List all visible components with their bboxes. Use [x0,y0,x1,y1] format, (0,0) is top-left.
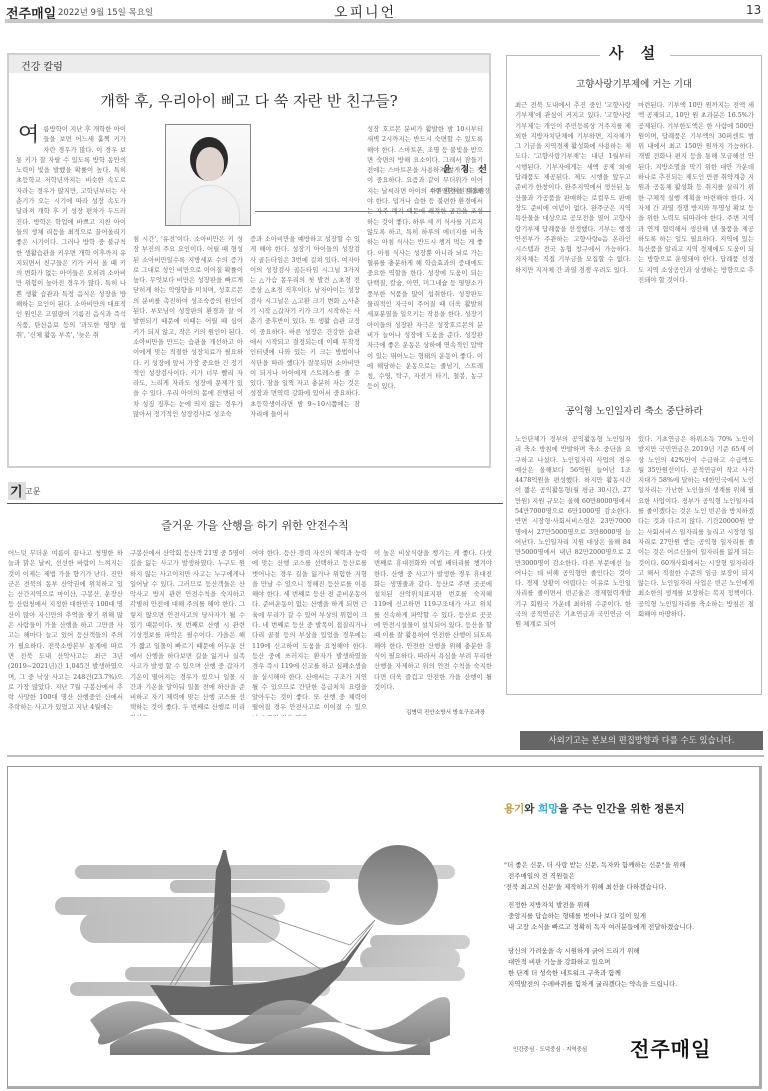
editorial-label: 사 설 [600,42,670,63]
author-photo [165,124,251,226]
photo-face [196,147,224,181]
guest-column-category-sub: 고문 [25,486,40,497]
photo-body [180,185,240,226]
editorial-2-text-2: 있다. 기초연금은 하위소득 70% 노인이 받지만 국민연금은 2019년 기… [638,434,754,690]
dropcap: 여 [18,124,39,146]
disclaimer-banner: 사외기고는 본보의 편집방향과 다를 수도 있습니다. [520,731,763,750]
ad-paragraph-3: 당신의 가려움을 속 시원하게 긁어 드리기 위해 대안적 비판 기능을 강화하… [508,946,677,990]
editorial-2-text-1: 노인단체가 정부의 공익활동형 노인일자리 축소 방침에 반발하며 축소 중단을… [515,434,631,690]
guest-column-category-main: 기 [10,481,23,500]
page-header: 전주매일 2022년 9월 15일 목요일 오피니언 13 [0,0,768,26]
health-column-text-2: 침 시간', '유전'이다. 소아비만은 키 성장 부진의 주요 요인이다. 어… [133,234,243,464]
editorial-title-2: 공익형 노인일자리 축소 중단하라 [506,403,762,417]
ad-slogan-hope: 희망 [538,803,558,815]
ad-motto: 인간중심 · 도덕중심 · 지역중심 [513,1045,587,1053]
editorial-title-1: 고향사랑기부제에 거는 기대 [506,76,762,90]
ad-paragraph-1: "더 좋은 신문, 더 사랑 받는 신문, 독자와 함께하는 신문"을 위해 전… [504,860,685,893]
health-column-text-3: 증과 소아비만을 예방하고 성장할 수 있게 해야 한다. 성장기 아이들의 성… [250,234,360,464]
ad-paragraph-2: 진정한 지방자치 발전을 위해 중앙지를 답습하는 형태를 벗어나 보다 깊이 … [508,900,694,933]
page-number: 13 [746,3,761,17]
editorial-1-text-1: 최근 전북 도내에서 추진 중인 '고향사랑기부제'에 관심이 커지고 있다. … [515,100,631,390]
health-column-category: 건강 칼럼 [21,58,63,73]
ship-illustration [30,805,480,1055]
guest-column-text-4: 이 높은 비상식량을 챙기는 게 좋다. 다섯 번째로 휴대전화와 여벌 배터리… [374,548,492,706]
section-divider [7,755,764,757]
health-column-text-4: 성장 호르몬 분비가 활발한 밤 10시부터 새벽 2시까지는 반드시 숙면할 … [367,124,483,464]
health-column-category-bar: 건강 칼럼 [9,55,489,73]
editorial-1-text-2: 마련된다. 기부액 10만 원까지는 전액 세액 공제되고, 10만 원 초과분… [638,100,754,390]
ad-slogan-courage: 용기 [504,803,524,815]
guest-column-text-2: 구봉산에서 산악회 등산객 21명 중 5명이 길을 잃는 사고가 발생하였다.… [130,548,245,716]
health-column-text-1: 여 름방학이 지난 후 개학한 아이들을 보면 어느새 훌쩍 키가 자란 경우가… [16,124,126,464]
guest-column-title: 즐거운 가을 산행을 하기 위한 안전수칙 [7,517,503,533]
health-column-title: 개학 후, 우리아이 삐고 다 쑥 자란 반 친구들? [9,90,489,111]
guest-column-text-1: 어느덧 무더운 여름이 끝나고 청명한 하늘과 맑은 날씨, 선선한 바람이 느… [8,548,123,716]
guest-column-rule [7,503,503,504]
header-rule [5,19,763,23]
guest-column-text-3: 어야 한다. 등산 경력 자신의 체력과 능력에 맞는 산행 코스를 선택하고 … [252,548,367,716]
ad-logo: 전주매일 [630,1033,711,1062]
guest-column-author: 김병덕 진안소방서 방호구조과장 [406,708,485,716]
ad-slogan: 용기와 희망을 주는 인간을 위한 정론지 [504,801,685,816]
issue-date: 2022년 9월 15일 목요일 [58,6,153,18]
